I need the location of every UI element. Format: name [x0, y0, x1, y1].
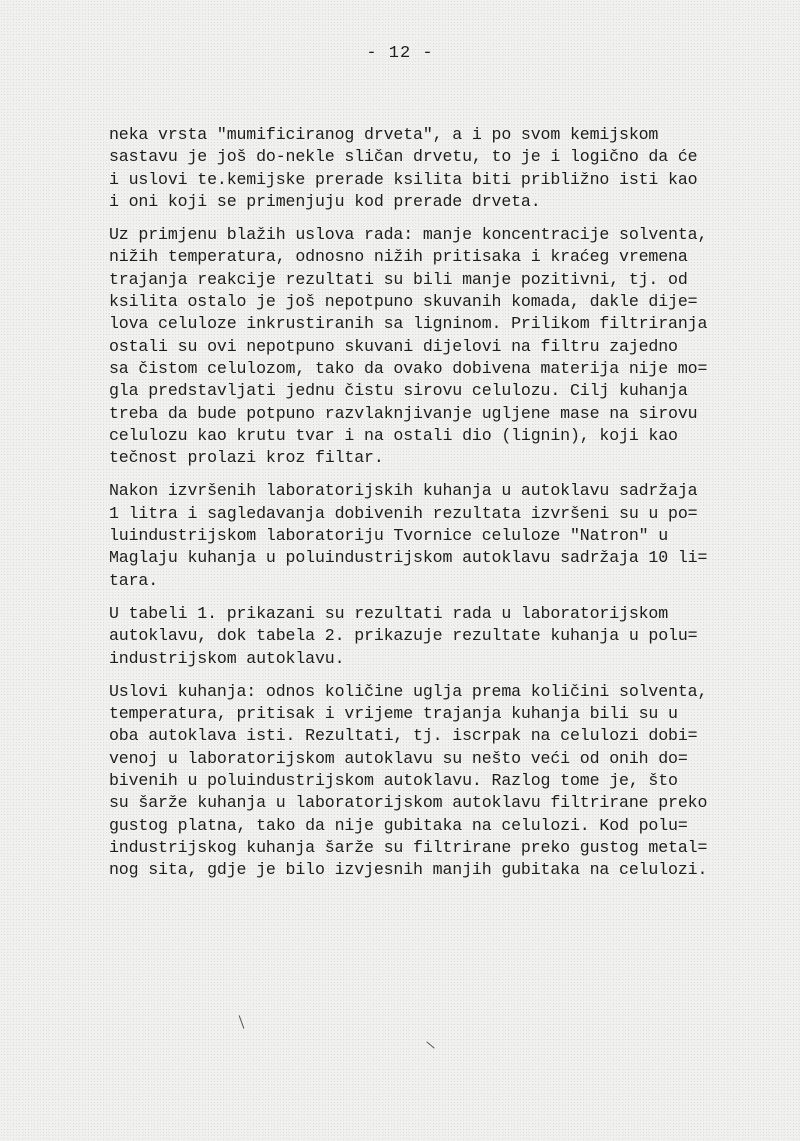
text-line: bivenih u poluindustrijskom autoklavu. R…	[109, 770, 799, 792]
text-line: i uslovi te.kemijske prerade ksilita bit…	[109, 169, 799, 191]
text-line: tečnost prolazi kroz filtar.	[109, 447, 799, 469]
text-line: Nakon izvršenih laboratorijskih kuhanja …	[109, 480, 799, 502]
text-line: luindustrijskom laboratoriju Tvornice ce…	[109, 525, 799, 547]
scan-speck	[426, 1041, 434, 1048]
text-line: ksilita ostalo je još nepotpuno skuvanih…	[109, 291, 799, 313]
paragraph-3: Nakon izvršenih laboratorijskih kuhanja …	[109, 480, 799, 591]
text-line: oba autoklava isti. Rezultati, tj. iscrp…	[109, 725, 799, 747]
text-line: nižih temperatura, odnosno nižih pritisa…	[109, 246, 799, 268]
scan-speck	[239, 1015, 245, 1028]
text-line: ostali su ovi nepotpuno skuvani dijelovi…	[109, 336, 799, 358]
text-line: autoklavu, dok tabela 2. prikazuje rezul…	[109, 625, 799, 647]
text-line: venoj u laboratorijskom autoklavu su neš…	[109, 748, 799, 770]
paragraph-5: Uslovi kuhanja: odnos količine uglja pre…	[109, 681, 799, 882]
text-line: Uz primjenu blažih uslova rada: manje ko…	[109, 224, 799, 246]
paragraph-1: neka vrsta "mumificiranog drveta", a i p…	[109, 124, 799, 213]
text-line: nog sita, gdje je bilo izvjesnih manjih …	[109, 859, 799, 881]
page-number: - 12 -	[0, 44, 800, 63]
text-line: tara.	[109, 570, 799, 592]
text-line: lova celuloze inkrustiranih sa ligninom.…	[109, 313, 799, 335]
text-line: industrijskog kuhanja šarže su filtriran…	[109, 837, 799, 859]
text-line: su šarže kuhanja u laboratorijskom autok…	[109, 792, 799, 814]
text-line: sa čistom celulozom, tako da ovako dobiv…	[109, 358, 799, 380]
text-line: 1 litra i sagledavanja dobivenih rezulta…	[109, 503, 799, 525]
text-line: gustog platna, tako da nije gubitaka na …	[109, 815, 799, 837]
text-line: celulozu kao krutu tvar i na ostali dio …	[109, 425, 799, 447]
text-line: U tabeli 1. prikazani su rezultati rada …	[109, 603, 799, 625]
paragraph-2: Uz primjenu blažih uslova rada: manje ko…	[109, 224, 799, 469]
text-line: gla predstavljati jednu čistu sirovu cel…	[109, 380, 799, 402]
text-line: Uslovi kuhanja: odnos količine uglja pre…	[109, 681, 799, 703]
text-line: Maglaju kuhanja u poluindustrijskom auto…	[109, 547, 799, 569]
text-line: sastavu je još do-nekle sličan drvetu, t…	[109, 146, 799, 168]
document-body: neka vrsta "mumificiranog drveta", a i p…	[109, 124, 799, 893]
text-line: temperatura, pritisak i vrijeme trajanja…	[109, 703, 799, 725]
text-line: trajanja reakcije rezultati su bili manj…	[109, 269, 799, 291]
text-line: neka vrsta "mumificiranog drveta", a i p…	[109, 124, 799, 146]
text-line: i oni koji se primenjuju kod prerade drv…	[109, 191, 799, 213]
paragraph-4: U tabeli 1. prikazani su rezultati rada …	[109, 603, 799, 670]
text-line: treba da bude potpuno razvlaknjivanje ug…	[109, 403, 799, 425]
text-line: industrijskom autoklavu.	[109, 648, 799, 670]
